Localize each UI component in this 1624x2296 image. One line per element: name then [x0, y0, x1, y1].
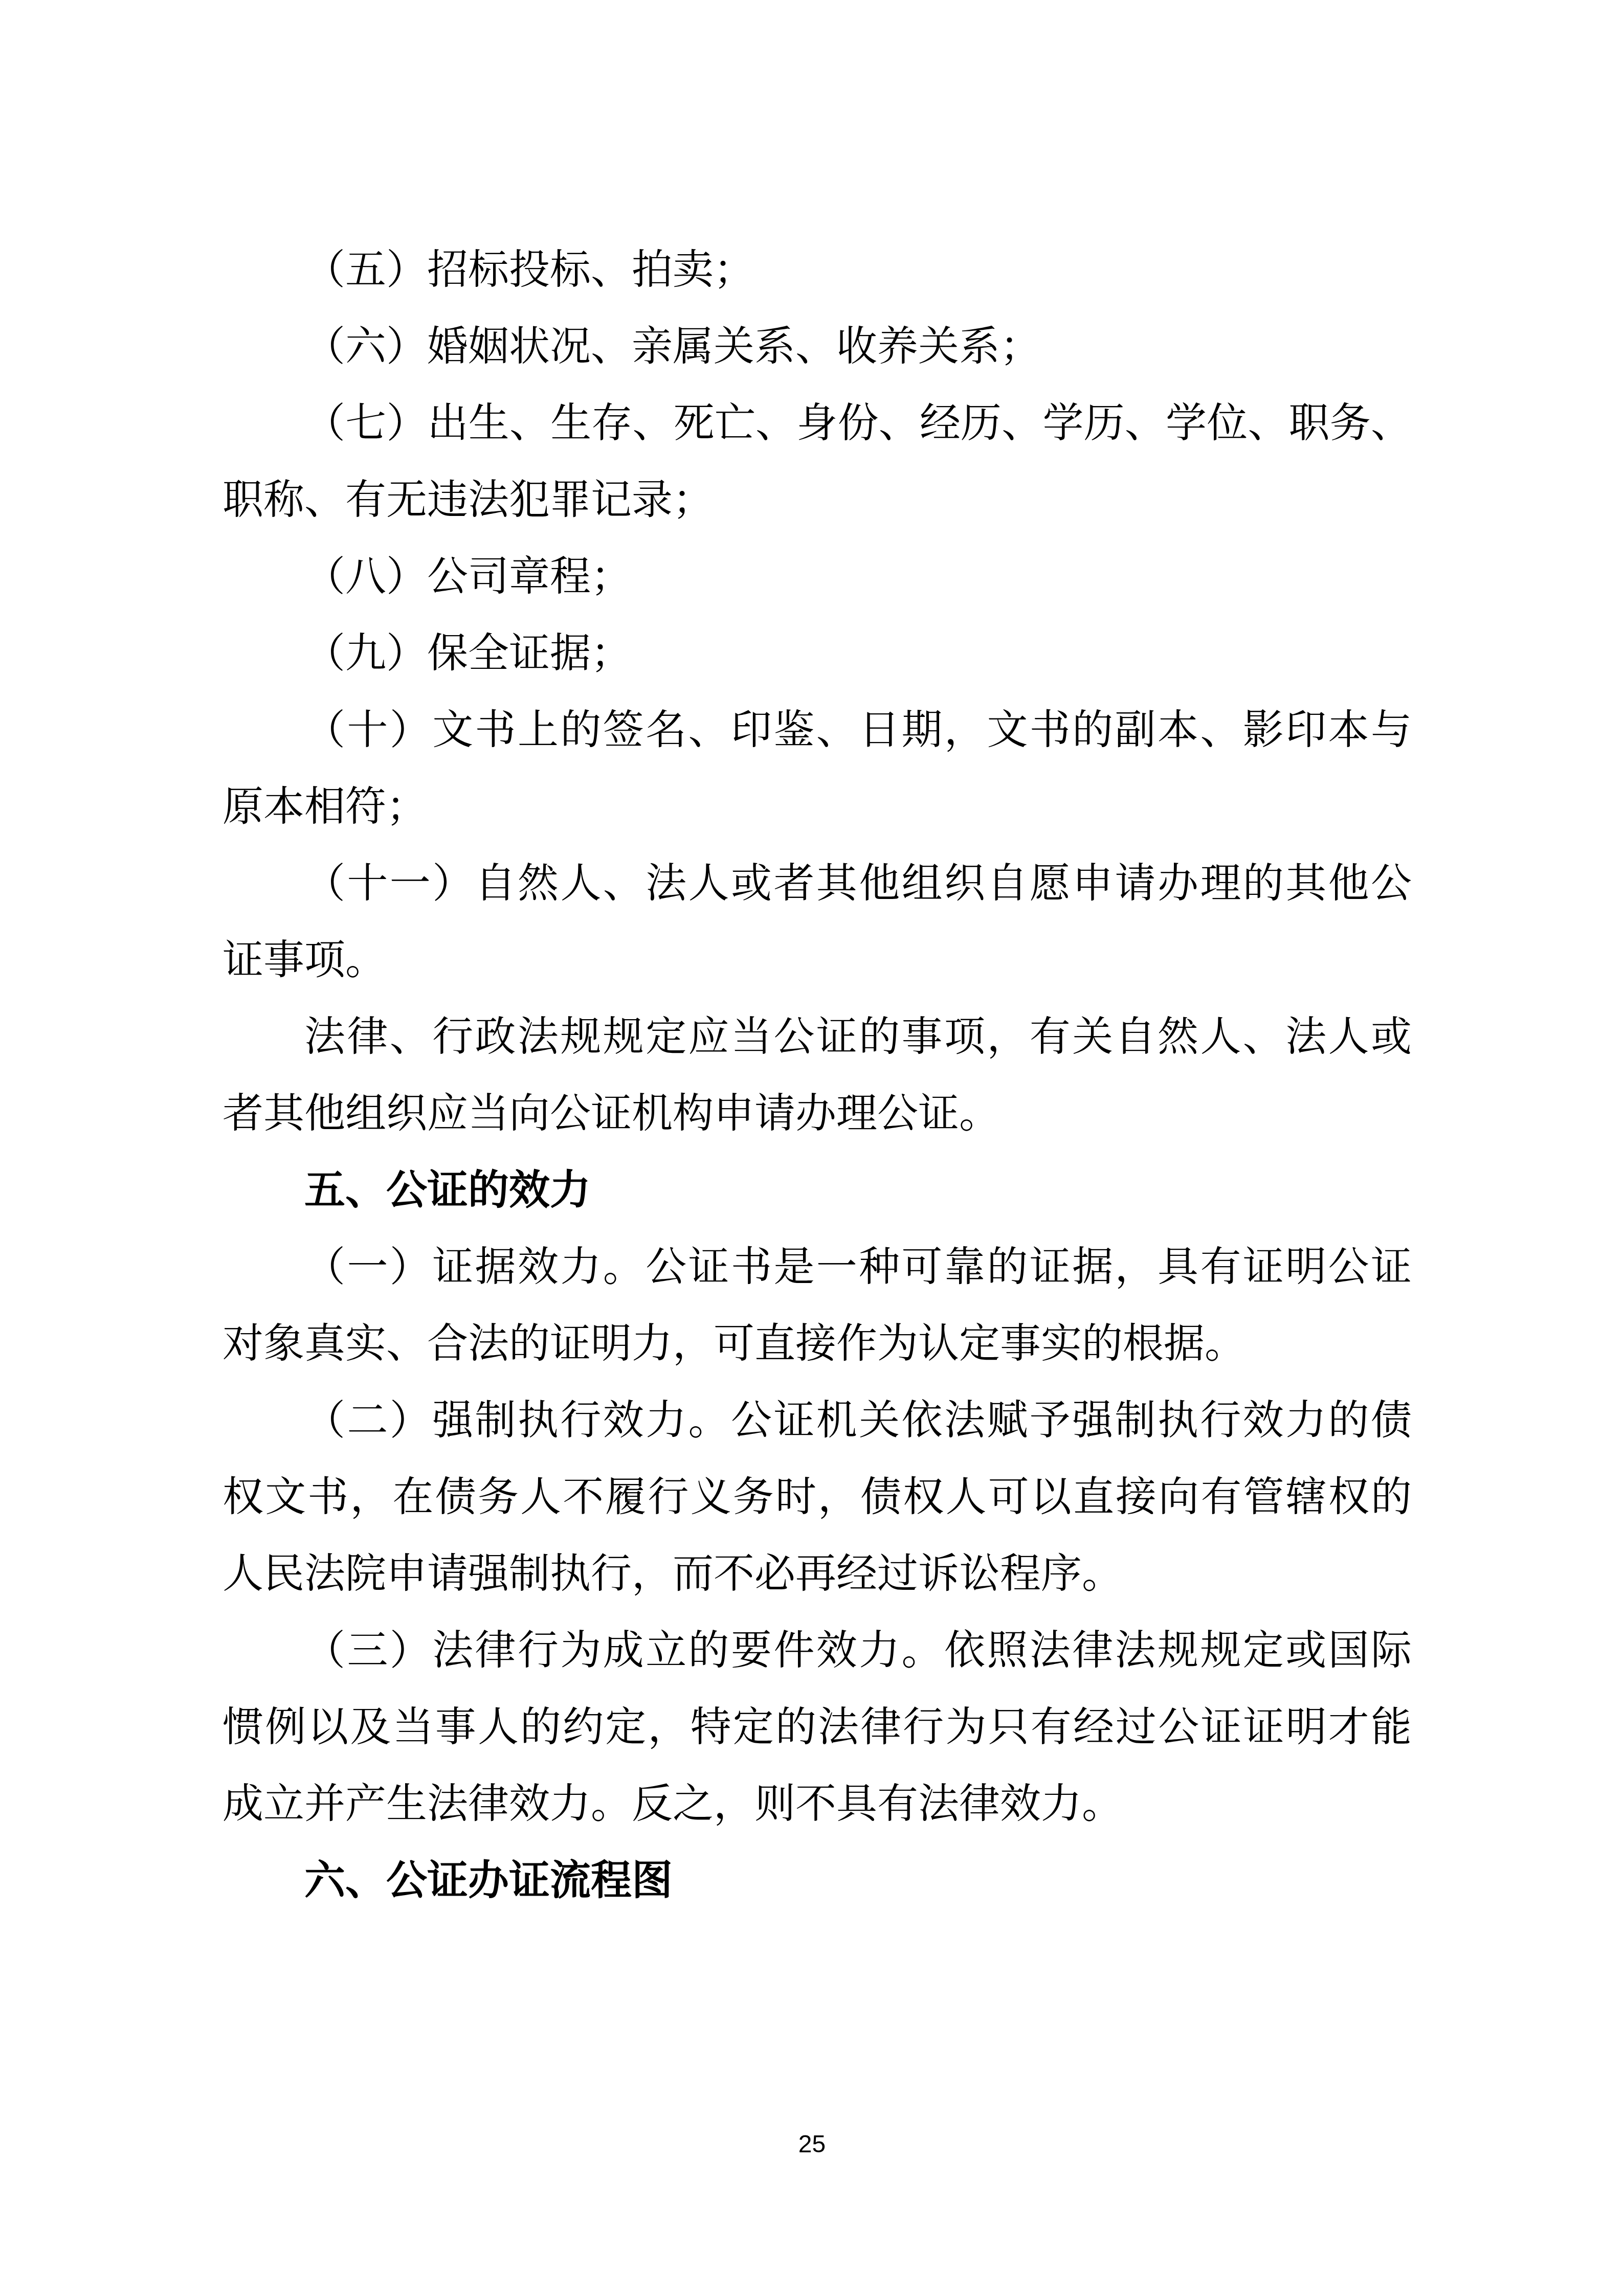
- text-line: 法律、行政法规规定应当公证的事项，有关自然人、法人或: [223, 999, 1412, 1075]
- text-line: （二）强制执行效力。公证机关依法赋予强制执行效力的债: [223, 1382, 1412, 1459]
- paragraph: （三）法律行为成立的要件效力。依照法律法规规定或国际惯例以及当事人的约定，特定的…: [223, 1612, 1412, 1842]
- text-line: 五、公证的效力: [223, 1152, 1412, 1229]
- text-line: 权文书，在债务人不履行义务时，债权人可以直接向有管辖权的: [223, 1459, 1412, 1536]
- document-page: （五）招标投标、拍卖；（六）婚姻状况、亲属关系、收养关系；（七）出生、生存、死亡…: [0, 0, 1624, 2296]
- text-line: （七）出生、生存、死亡、身份、经历、学历、学位、职务、: [223, 385, 1412, 462]
- paragraph: （二）强制执行效力。公证机关依法赋予强制执行效力的债权文书，在债务人不履行义务时…: [223, 1382, 1412, 1612]
- text-line: （六）婚姻状况、亲属关系、收养关系；: [223, 308, 1412, 385]
- section-heading: 六、公证办证流程图: [223, 1842, 1412, 1919]
- page-footer: 25: [0, 2130, 1624, 2159]
- text-line: 者其他组织应当向公证机构申请办理公证。: [223, 1075, 1412, 1152]
- paragraph: （七）出生、生存、死亡、身份、经历、学历、学位、职务、职称、有无违法犯罪记录；: [223, 385, 1412, 538]
- text-line: 成立并产生法律效力。反之，则不具有法律效力。: [223, 1766, 1412, 1842]
- text-line: 证事项。: [223, 922, 1412, 999]
- paragraph: 法律、行政法规规定应当公证的事项，有关自然人、法人或者其他组织应当向公证机构申请…: [223, 999, 1412, 1152]
- text-line: （三）法律行为成立的要件效力。依照法律法规规定或国际: [223, 1612, 1412, 1689]
- paragraph: （五）招标投标、拍卖；: [223, 232, 1412, 308]
- text-line: （一）证据效力。公证书是一种可靠的证据，具有证明公证: [223, 1229, 1412, 1305]
- text-line: （九）保全证据；: [223, 615, 1412, 692]
- text-line: （五）招标投标、拍卖；: [223, 232, 1412, 308]
- text-line: 人民法院申请强制执行，而不必再经过诉讼程序。: [223, 1536, 1412, 1612]
- section-heading: 五、公证的效力: [223, 1152, 1412, 1229]
- text-line: 六、公证办证流程图: [223, 1842, 1412, 1919]
- page-number: 25: [798, 2131, 826, 2158]
- paragraph: （八）公司章程；: [223, 538, 1412, 615]
- paragraph: （六）婚姻状况、亲属关系、收养关系；: [223, 308, 1412, 385]
- paragraph: （九）保全证据；: [223, 615, 1412, 692]
- paragraph: （十一）自然人、法人或者其他组织自愿申请办理的其他公证事项。: [223, 845, 1412, 999]
- paragraph: （十）文书上的签名、印鉴、日期，文书的副本、影印本与原本相符；: [223, 692, 1412, 845]
- text-line: （十一）自然人、法人或者其他组织自愿申请办理的其他公: [223, 845, 1412, 922]
- text-line: 职称、有无违法犯罪记录；: [223, 462, 1412, 538]
- paragraph: （一）证据效力。公证书是一种可靠的证据，具有证明公证对象真实、合法的证明力，可直…: [223, 1229, 1412, 1382]
- text-line: 原本相符；: [223, 769, 1412, 845]
- text-line: 对象真实、合法的证明力，可直接作为认定事实的根据。: [223, 1305, 1412, 1382]
- text-line: （八）公司章程；: [223, 538, 1412, 615]
- document-body: （五）招标投标、拍卖；（六）婚姻状况、亲属关系、收养关系；（七）出生、生存、死亡…: [223, 232, 1412, 1919]
- text-line: （十）文书上的签名、印鉴、日期，文书的副本、影印本与: [223, 692, 1412, 769]
- text-line: 惯例以及当事人的约定，特定的法律行为只有经过公证证明才能: [223, 1689, 1412, 1766]
